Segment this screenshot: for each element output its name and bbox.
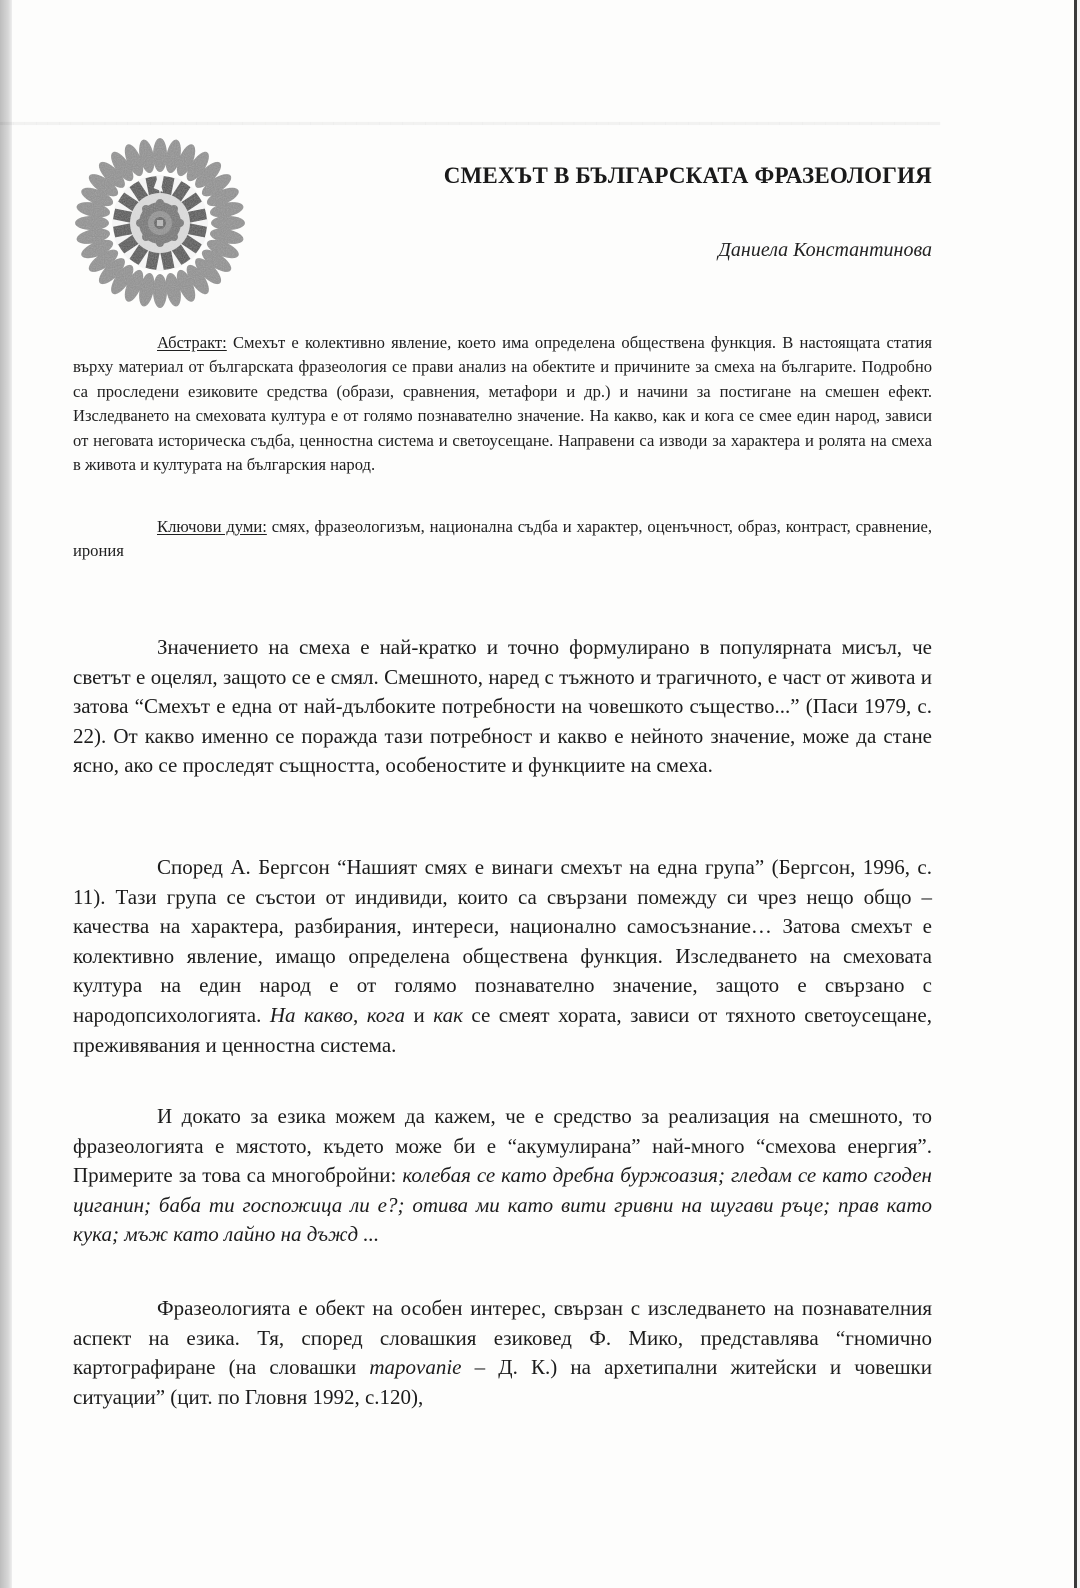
abstract-paragraph: Абстракт: Смехът е колективно явление, к…	[73, 331, 932, 477]
article-title: СМЕХЪТ В БЪЛГАРСКАТА ФРАЗЕОЛОГИЯ	[300, 163, 932, 189]
scan-left-edge	[0, 0, 12, 1588]
emphasis-what: На какво	[270, 1003, 353, 1027]
paragraph-2-text: Според А. Бергсон “Нашият смях е винаги …	[73, 855, 932, 1027]
emphasis-how: как	[433, 1003, 463, 1027]
article-author: Даниела Константинова	[500, 239, 932, 262]
sunburst-flower-logo	[72, 137, 248, 309]
body-paragraph-2: Според А. Бергсон “Нашият смях е винаги …	[73, 853, 932, 1060]
flower-logo-icon	[72, 137, 248, 309]
separator: ,	[353, 1003, 367, 1027]
emphasis-when: кога	[367, 1003, 405, 1027]
body-paragraph-1: Значението на смеха е най-кратко и точно…	[73, 633, 932, 781]
body-paragraph-4: Фразеологията е обект на особен интерес,…	[73, 1294, 932, 1412]
bleed-through-text: ━━━━━━━━━━━━━━━━━━━━━━━━━━━━━━━━━━━━━━━━…	[80, 110, 940, 139]
body-paragraph-3: И докато за езика можем да кажем, че е с…	[73, 1102, 932, 1250]
separator: и	[405, 1003, 433, 1027]
abstract-text: Смехът е колективно явление, което има о…	[73, 333, 932, 474]
abstract-label: Абстракт:	[157, 333, 227, 352]
slovak-term: mapovanie	[369, 1355, 461, 1379]
keywords-paragraph: Ключови думи: смях, фразеологизъм, нацио…	[73, 515, 932, 562]
keywords-label: Ключови думи:	[157, 517, 267, 536]
